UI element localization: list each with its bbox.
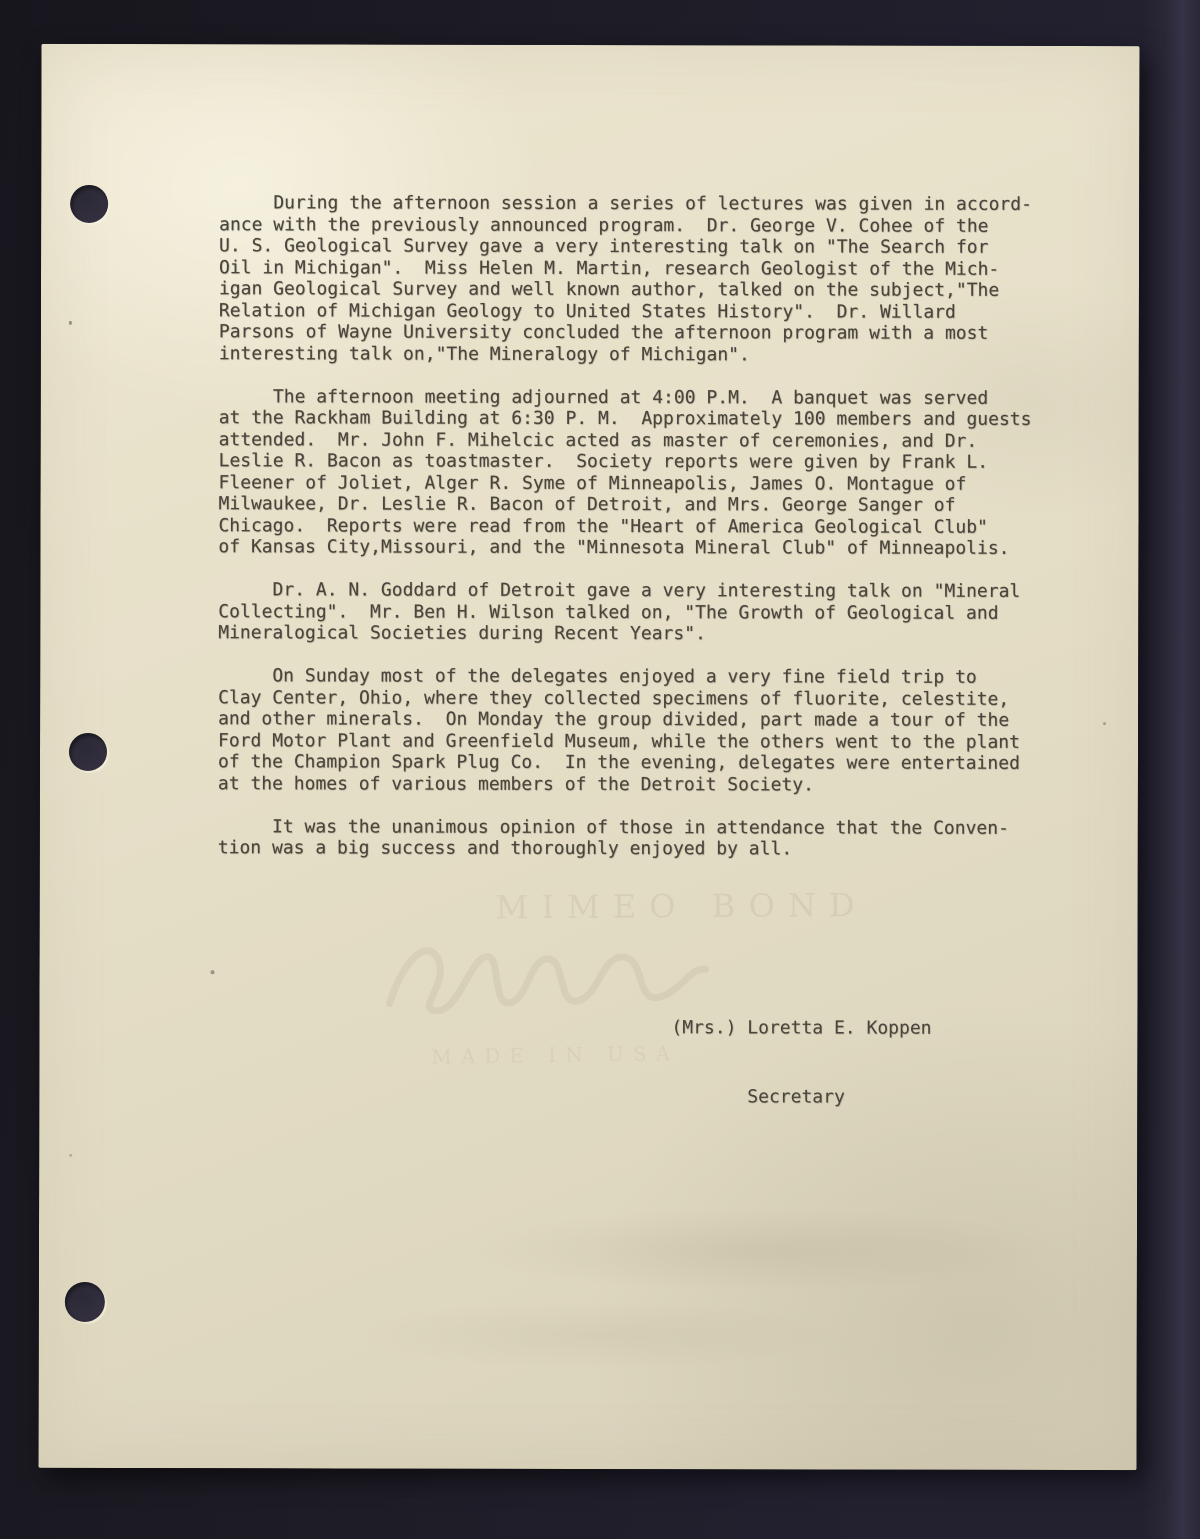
typed-body-text: During the afternoon session a series of… — [218, 192, 1065, 882]
paper-speck — [69, 321, 72, 325]
signature-title: Secretary — [747, 1085, 931, 1108]
paper-speck — [211, 970, 215, 974]
paragraph-closing-opinion: It was the unanimous opinion of those in… — [218, 816, 1064, 861]
watermark-script-flourish — [377, 909, 717, 1040]
punch-hole-top — [70, 185, 108, 223]
paragraph-field-trip: On Sunday most of the delegates enjoyed … — [218, 665, 1064, 796]
desk-background: MIMEO BOND MADE IN USA During the aftern… — [0, 0, 1200, 1539]
punch-hole-bottom — [65, 1282, 105, 1322]
paper-speck — [1103, 722, 1106, 725]
signature-name: (Mrs.) Loretta E. Koppen — [671, 1016, 931, 1040]
paragraph-banquet: The afternoon meeting adjourned at 4:00 … — [218, 386, 1064, 560]
document-page: MIMEO BOND MADE IN USA During the aftern… — [39, 44, 1140, 1470]
paragraph-goddard-wilson-talks: Dr. A. N. Goddard of Detroit gave a very… — [218, 579, 1064, 645]
watermark-brand-text: MIMEO BOND — [496, 886, 868, 926]
paper-speck — [69, 1154, 72, 1157]
paragraph-afternoon-lectures: During the afternoon session a series of… — [219, 192, 1065, 366]
watermark-origin-text: MADE IN USA — [431, 1041, 679, 1069]
signature-block: (Mrs.) Loretta E. Koppen Secretary — [671, 970, 931, 1155]
punch-hole-middle — [69, 733, 107, 771]
binding-edge — [1142, 0, 1200, 1539]
